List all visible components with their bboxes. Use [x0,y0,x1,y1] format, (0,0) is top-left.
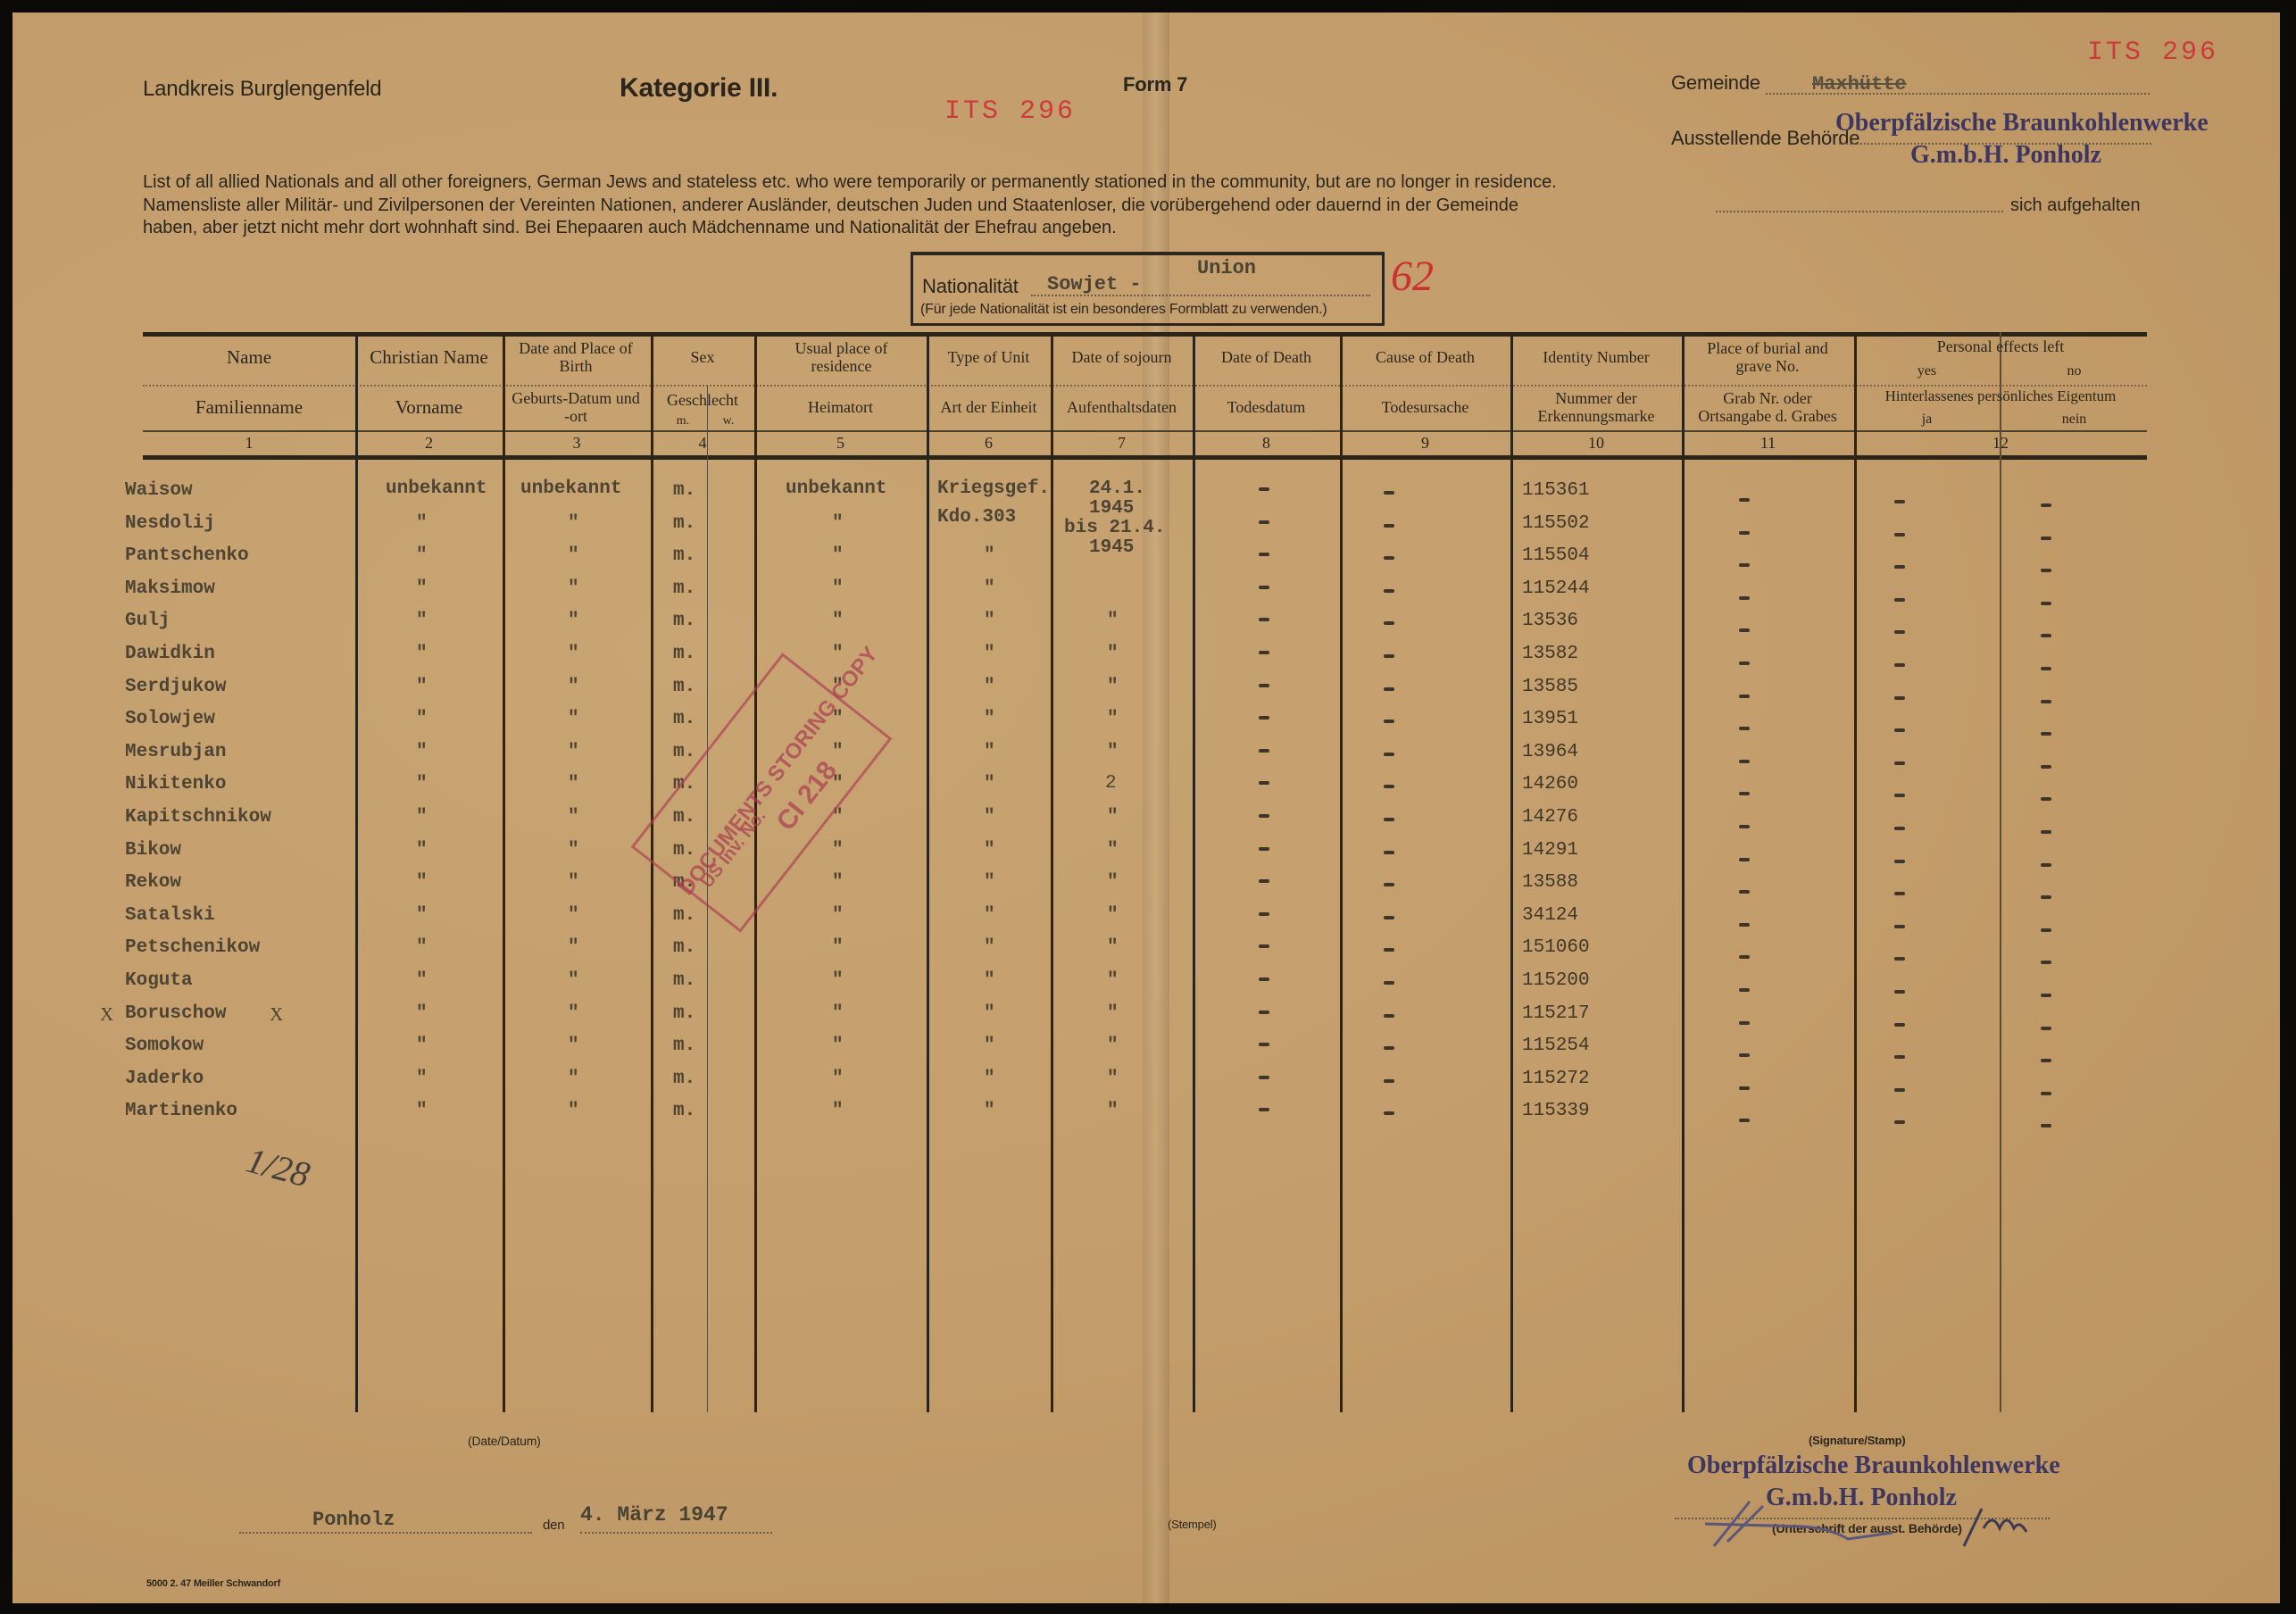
cell-sex: m. [673,937,695,958]
cell-birth-ditto: " [568,970,579,991]
cell-residence-ditto: " [832,872,844,893]
first-row-unit-1: Kriegsgef. [937,478,1050,499]
dash-cause-of-death [1384,948,1394,952]
cell-christian-name-ditto: " [416,742,428,762]
cell-unit-ditto: " [984,840,995,861]
col-number: 3 [503,434,651,453]
col-number: 10 [1510,434,1682,453]
dash-cause-of-death [1384,753,1394,756]
table-row: Martinenko"""""m.115339 [143,1101,2147,1133]
dash-burial [1739,1021,1750,1025]
dash-effects-yes [1894,794,1905,797]
cell-residence-ditto: " [832,611,844,631]
dash-effects-yes [1894,533,1905,537]
col-header-sex-w: w. [711,412,746,430]
dash-effects-yes [1894,1023,1905,1027]
cell-sex: m. [673,545,695,566]
dash-cause-of-death [1384,654,1394,658]
cell-identity-number: 115200 [1522,970,1590,991]
cell-unit-ditto: " [984,709,995,729]
dash-effects-yes [1894,990,1905,994]
dash-effects-yes [1894,728,1905,732]
dash-effects-no [2041,1124,2051,1127]
col-number: 12 [1854,434,2147,453]
cell-unit-ditto: " [984,742,995,762]
cell-identity-number: 115244 [1522,578,1590,599]
dash-burial [1739,695,1750,698]
cell-family-name: Koguta [125,970,193,991]
dash-effects-yes [1894,663,1905,667]
cell-birth-ditto: " [568,578,579,599]
first-row-christian-name: unbekannt [386,478,487,499]
cell-identity-number: 14260 [1522,774,1578,795]
col-header-unit: Type of Unit [927,348,1051,366]
cell-family-name: Rekow [125,872,181,893]
dash-effects-yes [1894,500,1905,503]
cell-sex: m. [673,611,695,631]
dash-effects-yes [1894,761,1905,765]
cell-birth-ditto: " [568,872,579,893]
col-header-name: Name [143,348,355,366]
cell-unit-ditto: " [984,1069,995,1089]
dash-date-of-death [1259,879,1269,883]
cell-identity-number: 13585 [1522,677,1578,697]
col-header-effects-no: no [2001,362,2147,380]
cell-residence-ditto: " [832,840,844,861]
cell-sex: m. [673,578,695,599]
cell-family-name: Nesdolij [125,513,215,534]
cell-family-name: Kapitschnikow [125,807,271,828]
cell-family-name: Petschenikow [125,937,260,958]
first-row-residence: unbekannt [786,478,886,499]
col-header-todesdatum: Todesdatum [1193,398,1340,416]
cell-family-name: Bikow [125,840,181,861]
table-row: Bikow"""""m.14291 [143,840,2147,872]
dash-effects-no [2041,503,2051,507]
table-row: Gulj"""""m.13536 [143,611,2147,643]
dash-date-of-death [1259,716,1269,720]
dash-burial [1739,498,1750,502]
dash-date-of-death [1259,978,1269,981]
cell-birth-ditto: " [568,677,579,697]
dash-effects-yes [1894,630,1905,634]
cell-birth-ditto: " [568,1101,579,1121]
dash-cause-of-death [1384,491,1394,495]
first-row-unit-2: Kdo.303 [937,507,1016,528]
col-header-cause-of-death: Cause of Death [1340,348,1510,366]
cell-sojourn-ditto: " [1107,840,1119,861]
cell-identity-number: 13964 [1522,742,1578,762]
cell-christian-name-ditto: " [416,611,428,631]
table-row: Pantschenko""""m.115504 [143,545,2147,578]
cell-birth-ditto: " [568,742,579,762]
first-row-sojourn-2: 1945 [1089,498,1134,519]
col-header-identity-number: Identity Number [1510,348,1682,366]
cell-residence-ditto: " [832,578,844,599]
cell-christian-name-ditto: " [416,1069,428,1089]
dash-burial [1739,563,1750,567]
table-row: Nikitenko""""m.14260 [143,774,2147,806]
cell-sex: m. [673,1101,695,1121]
signature-label: (Signature/Stamp) [1809,1434,1906,1447]
cell-family-name: Solowjew [125,709,215,729]
dash-effects-yes [1894,860,1905,863]
cell-sojourn-ditto: " [1107,970,1119,991]
dash-date-of-death [1259,749,1269,753]
dash-burial [1739,1086,1750,1090]
dash-burial [1739,890,1750,894]
dash-burial [1739,760,1750,763]
dash-date-of-death [1259,1108,1269,1111]
col-header-sojourn: Date of sojourn [1051,348,1193,366]
form-number: Form 7 [1123,73,1187,96]
dash-cause-of-death [1384,687,1394,691]
gemeinde-value: Maxhütte [1812,73,1907,96]
cell-unit-ditto: " [984,644,995,664]
dash-date-of-death [1259,1043,1269,1046]
col-number: 2 [355,434,503,453]
dash-cause-of-death [1384,589,1394,593]
cell-identity-number: 115254 [1522,1036,1590,1056]
cell-birth-ditto: " [568,1003,579,1024]
dash-date-of-death [1259,487,1269,491]
cell-sojourn-ditto: " [1107,709,1119,729]
cell-sojourn-ditto: " [1107,807,1119,828]
col-number: 11 [1682,434,1854,453]
cell-christian-name-ditto: " [416,513,428,534]
cell-christian-name-ditto: " [416,905,428,926]
col-number: 4 [651,434,754,453]
cell-sojourn-ditto: " [1107,872,1119,893]
cell-unit-ditto: " [984,578,995,599]
cell-birth-ditto: " [568,807,579,828]
date-line [580,1532,772,1534]
dash-date-of-death [1259,684,1269,687]
cell-identity-number: 14291 [1522,840,1578,861]
col-header-effects: Personal effects left [1854,337,2147,355]
table-row: Serdjukow"""""m.13585 [143,677,2147,709]
dash-cause-of-death [1384,1111,1394,1115]
dash-effects-no [2041,994,2051,997]
signature-stamp-line1: Oberpfälzische Braunkohlenwerke [1687,1452,2060,1480]
cell-birth-ditto: " [568,709,579,729]
col-header-birth: Date and Place of Birth [509,339,643,375]
cell-identity-number: 13582 [1522,644,1578,664]
cell-christian-name-ditto: " [416,677,428,697]
cell-identity-number: 151060 [1522,937,1590,958]
cell-identity-number: 115504 [1522,545,1590,566]
dash-date-of-death [1259,618,1269,621]
nationality-box: Nationalität Sowjet - Union (Für jede Na… [911,252,1385,326]
cell-unit-ditto: " [984,905,995,926]
col-header-date-of-death: Date of Death [1193,348,1340,366]
dash-burial [1739,1053,1750,1057]
cell-birth-ditto: " [568,1069,579,1089]
cell-residence-ditto: " [832,970,844,991]
dash-effects-yes [1894,1055,1905,1059]
mark-icon: X [270,1003,283,1026]
date-label: (Date/Datum) [468,1434,541,1448]
dash-cause-of-death [1384,851,1394,854]
cell-birth-ditto: " [568,644,579,664]
cell-sojourn-ditto: " [1107,937,1119,958]
dash-cause-of-death [1384,916,1394,919]
nationality-value-a: Sowjet - [1047,273,1142,295]
sojourn-mark: 2 [1105,773,1117,794]
cell-family-name: Boruschow [125,1003,226,1024]
table-row: Mesrubjan"""""m.13964 [143,742,2147,774]
handwritten-signature-icon [1696,1493,2035,1555]
col-header-einheit: Art der Einheit [927,398,1051,416]
cell-family-name: Martinenko [125,1101,237,1121]
header-num-divider [143,430,2147,432]
cell-christian-name-ditto: " [416,840,428,861]
cell-residence-ditto: " [832,1101,844,1121]
nationality-note: (Für jede Nationalität ist ein besondere… [920,302,1327,318]
first-row-sojourn-4: 1945 [1089,537,1134,558]
place-value: Ponholz [312,1509,395,1531]
cell-family-name: Dawidkin [125,644,215,664]
dash-cause-of-death [1384,1079,1394,1083]
dash-effects-yes [1894,892,1905,895]
cell-christian-name-ditto: " [416,807,428,828]
cell-birth-ditto: " [568,1036,579,1056]
dash-cause-of-death [1384,524,1394,528]
dash-effects-no [2041,537,2051,540]
cell-family-name: Somokow [125,1036,204,1056]
dash-effects-no [2041,732,2051,736]
col-number: 9 [1340,434,1510,453]
place-line [239,1532,532,1534]
col-number: 8 [1193,434,1340,453]
cell-sojourn-ditto: " [1107,1003,1119,1024]
table-row: Solowjew"""""m.13951 [143,709,2147,741]
behoerde-label: Ausstellende Behörde [1671,127,1859,150]
dash-date-of-death [1259,1076,1269,1079]
col-header-eigentum: Hinterlassenes persönliches Eigentum [1854,387,2147,405]
cell-christian-name-ditto: " [416,970,428,991]
dash-effects-no [2041,700,2051,703]
dash-burial [1739,628,1750,632]
dash-date-of-death [1259,553,1269,556]
cell-identity-number: 13588 [1522,872,1578,893]
dash-date-of-death [1259,814,1269,818]
cell-family-name: Maksimow [125,578,215,599]
gemeinde-label: Gemeinde [1671,71,1760,95]
district-label: Landkreis Burglengenfeld [143,77,381,102]
dash-burial [1739,923,1750,927]
col-header-erkennungsmarke: Nummer der Erkennungsmarke [1535,389,1657,425]
cell-sex: m. [673,677,695,697]
dash-date-of-death [1259,1011,1269,1014]
gemeinde-blank-line [1716,211,2003,212]
stempel-label: (Stempel) [1168,1518,1217,1531]
cell-unit-ditto: " [984,970,995,991]
dash-effects-no [2041,797,2051,801]
dash-burial [1739,1119,1750,1122]
cell-residence-ditto: " [832,905,844,926]
dash-burial [1739,988,1750,992]
cell-christian-name-ditto: " [416,709,428,729]
behoerde-stamp-line2: G.m.b.H. Ponholz [1910,141,2101,170]
cell-sex: m. [673,905,695,926]
dash-effects-no [2041,1092,2051,1095]
cell-unit-ditto: " [984,677,995,697]
cell-family-name: Nikitenko [125,774,226,795]
cell-residence-ditto: " [832,937,844,958]
dash-effects-no [2041,667,2051,670]
cell-birth-ditto: " [568,937,579,958]
nationality-label: Nationalität [922,275,1019,298]
dash-effects-yes [1894,957,1905,961]
cell-unit-ditto: " [984,611,995,631]
cell-sojourn-ditto: " [1107,742,1119,762]
first-row-birth: unbekannt [520,478,621,499]
cell-birth-ditto: " [568,905,579,926]
col-header-sex: Sex [651,348,754,366]
dash-effects-yes [1894,827,1905,830]
col-number: 7 [1051,434,1193,453]
cell-residence-ditto: " [832,1069,844,1089]
cell-identity-number: 115361 [1522,480,1590,501]
col-header-burial: Place of burial and grave No. [1696,339,1839,375]
handwritten-count: 62 [1391,252,1434,301]
header-bottom-rule [143,455,2147,460]
cell-residence-ditto: " [832,1003,844,1024]
table-row: Koguta"""""m.115200 [143,970,2147,1003]
col-number: 5 [754,434,927,453]
dash-date-of-death [1259,781,1269,785]
table-row: Rekow"""""m.13588 [143,872,2147,904]
cell-birth-ditto: " [568,545,579,566]
table-row: Maksimow""""m.115244 [143,578,2147,611]
cell-residence-ditto: " [832,545,844,566]
dash-cause-of-death [1384,621,1394,625]
cell-family-name: Serdjukow [125,677,226,697]
cell-christian-name-ditto: " [416,545,428,566]
col-header-todesursache: Todesursache [1340,398,1510,416]
cell-identity-number: 13951 [1522,709,1578,729]
table-row: Satalski"""""m.34124 [143,905,2147,937]
intro-german-2: haben, aber jetzt nicht mehr dort wohnha… [143,217,1117,239]
col-header-vorname: Vorname [355,398,503,416]
intro-german-1-end: sich aufgehalten [2010,195,2141,217]
table-row: Petschenikow"""""m.151060 [143,937,2147,969]
first-row-sojourn-1: 24.1. [1089,478,1145,499]
dash-effects-yes [1894,925,1905,928]
dash-effects-no [2041,830,2051,834]
col-header-geburt: Geburts-Datum und -ort [509,389,643,425]
den-label: den [543,1518,564,1533]
col-header-geschlecht: Geschlecht [651,391,754,409]
dash-effects-no [2041,569,2051,572]
col-header-christian-name: Christian Name [355,348,503,366]
dash-burial [1739,792,1750,795]
cell-identity-number: 14276 [1522,807,1578,828]
cell-residence-ditto: " [832,513,844,534]
col-number: 6 [927,434,1051,453]
its-stamp-right: ITS 296 [2087,37,2218,68]
dash-burial [1739,661,1750,665]
cell-unit-ditto: " [984,807,995,828]
col-header-residence: Usual place of residence [768,339,915,375]
dash-cause-of-death [1384,556,1394,560]
cell-christian-name-ditto: " [416,872,428,893]
cell-identity-number: 115502 [1522,513,1590,534]
dash-cause-of-death [1384,981,1394,985]
cell-christian-name-ditto: " [416,1101,428,1121]
cell-unit-ditto: " [984,872,995,893]
cell-unit-ditto: " [984,1101,995,1121]
cell-family-name: Waisow [125,480,193,501]
dash-effects-no [2041,634,2051,637]
cell-identity-number: 115272 [1522,1069,1590,1089]
its-stamp-center: ITS 296 [944,96,1076,127]
dash-burial [1739,825,1750,828]
intro-english: List of all allied Nationals and all oth… [143,171,1557,194]
col-header-effects-nein: nein [2001,411,2147,428]
cell-sojourn-ditto: " [1107,905,1119,926]
cell-family-name: Jaderko [125,1069,204,1089]
first-row-sojourn-3: bis 21.4. [1064,518,1165,538]
dash-effects-no [2041,1027,2051,1030]
cell-unit-ditto: " [984,1036,995,1056]
col-header-aufenthalt: Aufenthaltsdaten [1051,398,1193,416]
dash-date-of-death [1259,520,1269,524]
table-row: Somokow"""""m.115254 [143,1036,2147,1068]
printer-imprint: 5000 2. 47 Meiller Schwandorf [146,1578,280,1589]
dash-burial [1739,727,1750,730]
cell-family-name: Gulj [125,611,170,631]
cell-birth-ditto: " [568,611,579,631]
cell-residence-ditto: " [832,1036,844,1056]
dash-date-of-death [1259,912,1269,916]
dash-effects-yes [1894,598,1905,602]
dash-cause-of-death [1384,883,1394,886]
table-row: Jaderko"""""m.115272 [143,1069,2147,1101]
cell-unit-ditto: " [984,545,995,566]
intro-german-1: Namensliste aller Militär- und Zivilpers… [143,195,1518,217]
cell-christian-name-ditto: " [416,937,428,958]
col-header-familienname: Familienname [143,398,355,416]
col-header-heimatort: Heimatort [754,398,927,416]
cell-sojourn-ditto: " [1107,677,1119,697]
dash-date-of-death [1259,847,1269,851]
table-row: Kapitschnikow"""""m.14276 [143,807,2147,839]
dash-date-of-death [1259,651,1269,654]
dash-effects-no [2041,1059,2051,1062]
nationality-value-b: Union [1197,257,1256,279]
col-header-sex-m: m. [665,412,701,430]
dash-effects-no [2041,961,2051,964]
category-title: Kategorie III. [620,73,778,104]
dash-date-of-death [1259,586,1269,589]
col-header-effects-yes: yes [1854,362,2000,380]
cell-christian-name-ditto: " [416,1036,428,1056]
cell-christian-name-ditto: " [416,1003,428,1024]
cell-sex: m. [673,970,695,991]
header-divider [143,385,2147,387]
dash-effects-no [2041,863,2051,867]
dash-cause-of-death [1384,1046,1394,1050]
cell-unit-ditto: " [984,1003,995,1024]
cell-christian-name-ditto: " [416,774,428,795]
dash-burial [1739,858,1750,861]
cell-sex: m. [673,644,695,664]
table-top-rule [143,332,2147,337]
cell-identity-number: 13536 [1522,611,1578,631]
dash-burial [1739,955,1750,959]
